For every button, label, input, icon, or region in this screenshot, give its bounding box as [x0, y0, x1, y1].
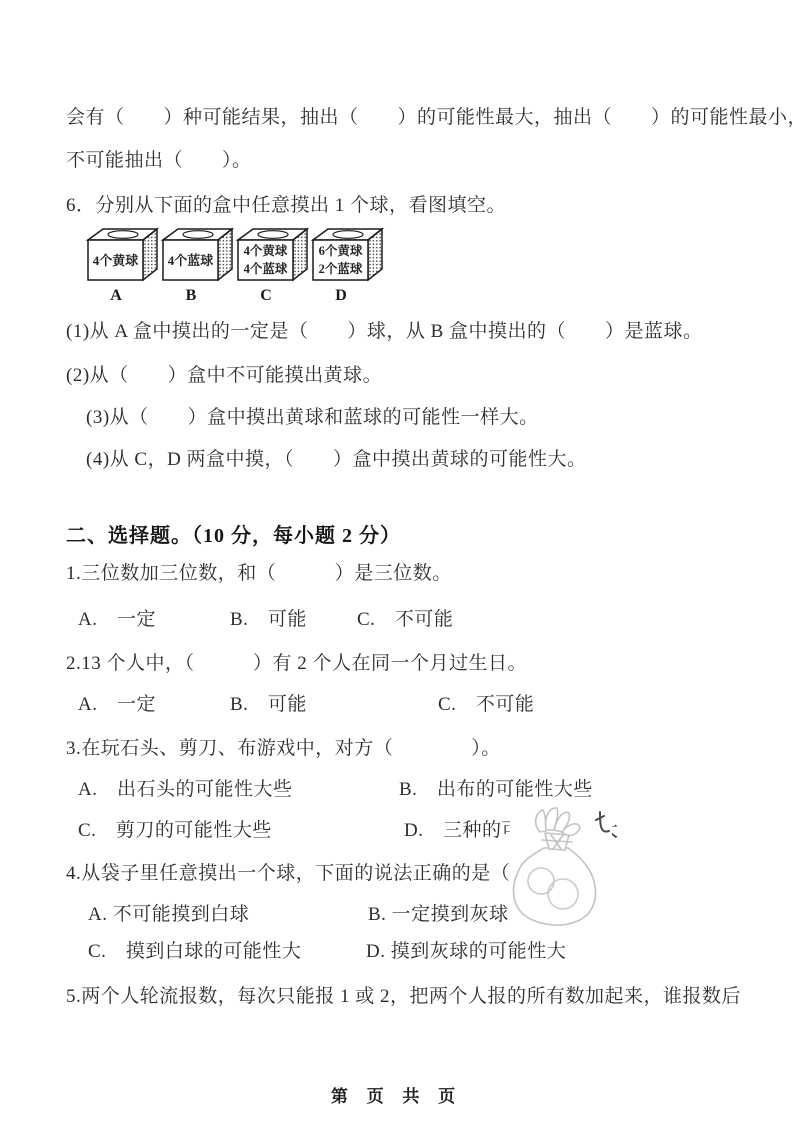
- q3-options-row-1: A. 出石头的可能性大些 B. 出布的可能性大些: [0, 774, 793, 802]
- q1-option-b: B. 可能: [230, 604, 307, 631]
- q3-option-b: B. 出布的可能性大些: [399, 774, 593, 801]
- box-hole: [258, 231, 288, 239]
- q4-option-b: B. 一定摸到灰球: [368, 899, 509, 926]
- box-b-label: B: [186, 287, 197, 304]
- q2-option-b: B. 可能: [230, 689, 307, 716]
- question-6-stem: 6．分别从下面的盒中任意摸出 1 个球，看图填空。: [66, 190, 757, 217]
- section-2-heading: 二、选择题。（10 分，每小题 2 分）: [66, 519, 757, 548]
- box-d-contents-line2: 2个蓝球: [319, 261, 363, 276]
- q3-options-row-2: C. 剪刀的可能性大些 D. 三种的可能性一样大: [0, 815, 793, 843]
- q1-option-c: C. 不可能: [357, 604, 453, 631]
- q2-stem: 2.13 个人中，（ ）有 2 个人在同一个月过生日。: [66, 648, 757, 675]
- q6-sub-3: (3)从（ ）盒中摸出黄球和蓝球的可能性一样大。: [86, 402, 757, 429]
- q3-option-a: A. 出石头的可能性大些: [78, 774, 292, 801]
- box-hole: [108, 231, 138, 239]
- q6-sub-4: (4)从 C，D 两盒中摸，（ ）盒中摸出黄球的可能性大。: [86, 444, 757, 471]
- q4-stem: 4.从袋子里任意摸出一个球，下面的说法正确的是（: [66, 858, 757, 885]
- box-b-icon: 4个蓝球 B: [161, 226, 235, 304]
- box-a-contents: 4个黄球: [93, 253, 139, 268]
- intro-line-1: 会有（ ）种可能结果，抽出（ ）的可能性最大，抽出（ ）的可能性最小，: [66, 102, 757, 129]
- q3-option-c: C. 剪刀的可能性大些: [78, 815, 272, 842]
- q1-option-a: A. 一定: [78, 604, 156, 631]
- box-hole: [333, 231, 363, 239]
- box-a-icon: 4个黄球 A: [86, 226, 160, 304]
- box-c-contents-line1: 4个黄球: [244, 243, 288, 258]
- page-footer: 第 页 共 页: [0, 1082, 793, 1107]
- q6-sub-1: (1)从 A 盒中摸出的一定是（ ）球，从 B 盒中摸出的（ ）是蓝球。: [66, 316, 757, 343]
- q2-option-a: A. 一定: [78, 689, 156, 716]
- box-c-icon: 4个黄球 4个蓝球 C: [236, 226, 310, 304]
- q4-options-row-2: C. 摸到白球的可能性大 D. 摸到灰球的可能性大: [0, 936, 793, 964]
- box-d-label: D: [335, 287, 347, 304]
- q4-option-d: D. 摸到灰球的可能性大: [366, 936, 566, 963]
- box-d-contents-line1: 6个黄球: [319, 243, 363, 258]
- q5-stem: 5.两个人轮流报数，每次只能报 1 或 2，把两个人报的所有数加起来，谁报数后: [66, 981, 757, 1008]
- q1-stem: 1.三位数加三位数，和（ ）是三位数。: [66, 558, 757, 585]
- box-c-contents-line2: 4个蓝球: [244, 261, 288, 276]
- drawstring-bag-icon: [510, 804, 612, 930]
- q2-options-row: A. 一定 B. 可能 C. 不可能: [0, 689, 793, 717]
- question-6-boxes-figure: 4个黄球 A 4个蓝球 B 4个黄球 4个蓝球 C: [86, 226, 386, 304]
- box-b-contents: 4个蓝球: [168, 253, 214, 268]
- q4-options-row-1: A. 不可能摸到白球 B. 一定摸到灰球: [0, 899, 793, 927]
- q3-stem: 3.在玩石头、剪刀、布游戏中，对方（ ）。: [66, 733, 757, 760]
- box-a-label: A: [110, 287, 122, 304]
- q1-options-row: A. 一定 B. 可能 C. 不可能: [0, 604, 793, 632]
- box-c-label: C: [260, 287, 272, 304]
- q2-option-c: C. 不可能: [438, 689, 534, 716]
- q4-option-a: A. 不可能摸到白球: [88, 899, 249, 926]
- q6-sub-2: (2)从（ ）盒中不可能摸出黄球。: [66, 360, 757, 387]
- box-d-icon: 6个黄球 2个蓝球 D: [311, 226, 385, 304]
- test-paper-page: 会有（ ）种可能结果，抽出（ ）的可能性最大，抽出（ ）的可能性最小， 不可能抽…: [0, 0, 793, 1122]
- intro-line-2: 不可能抽出（ ）。: [66, 145, 757, 172]
- box-hole: [183, 231, 213, 239]
- q4-option-c: C. 摸到白球的可能性大: [88, 936, 301, 963]
